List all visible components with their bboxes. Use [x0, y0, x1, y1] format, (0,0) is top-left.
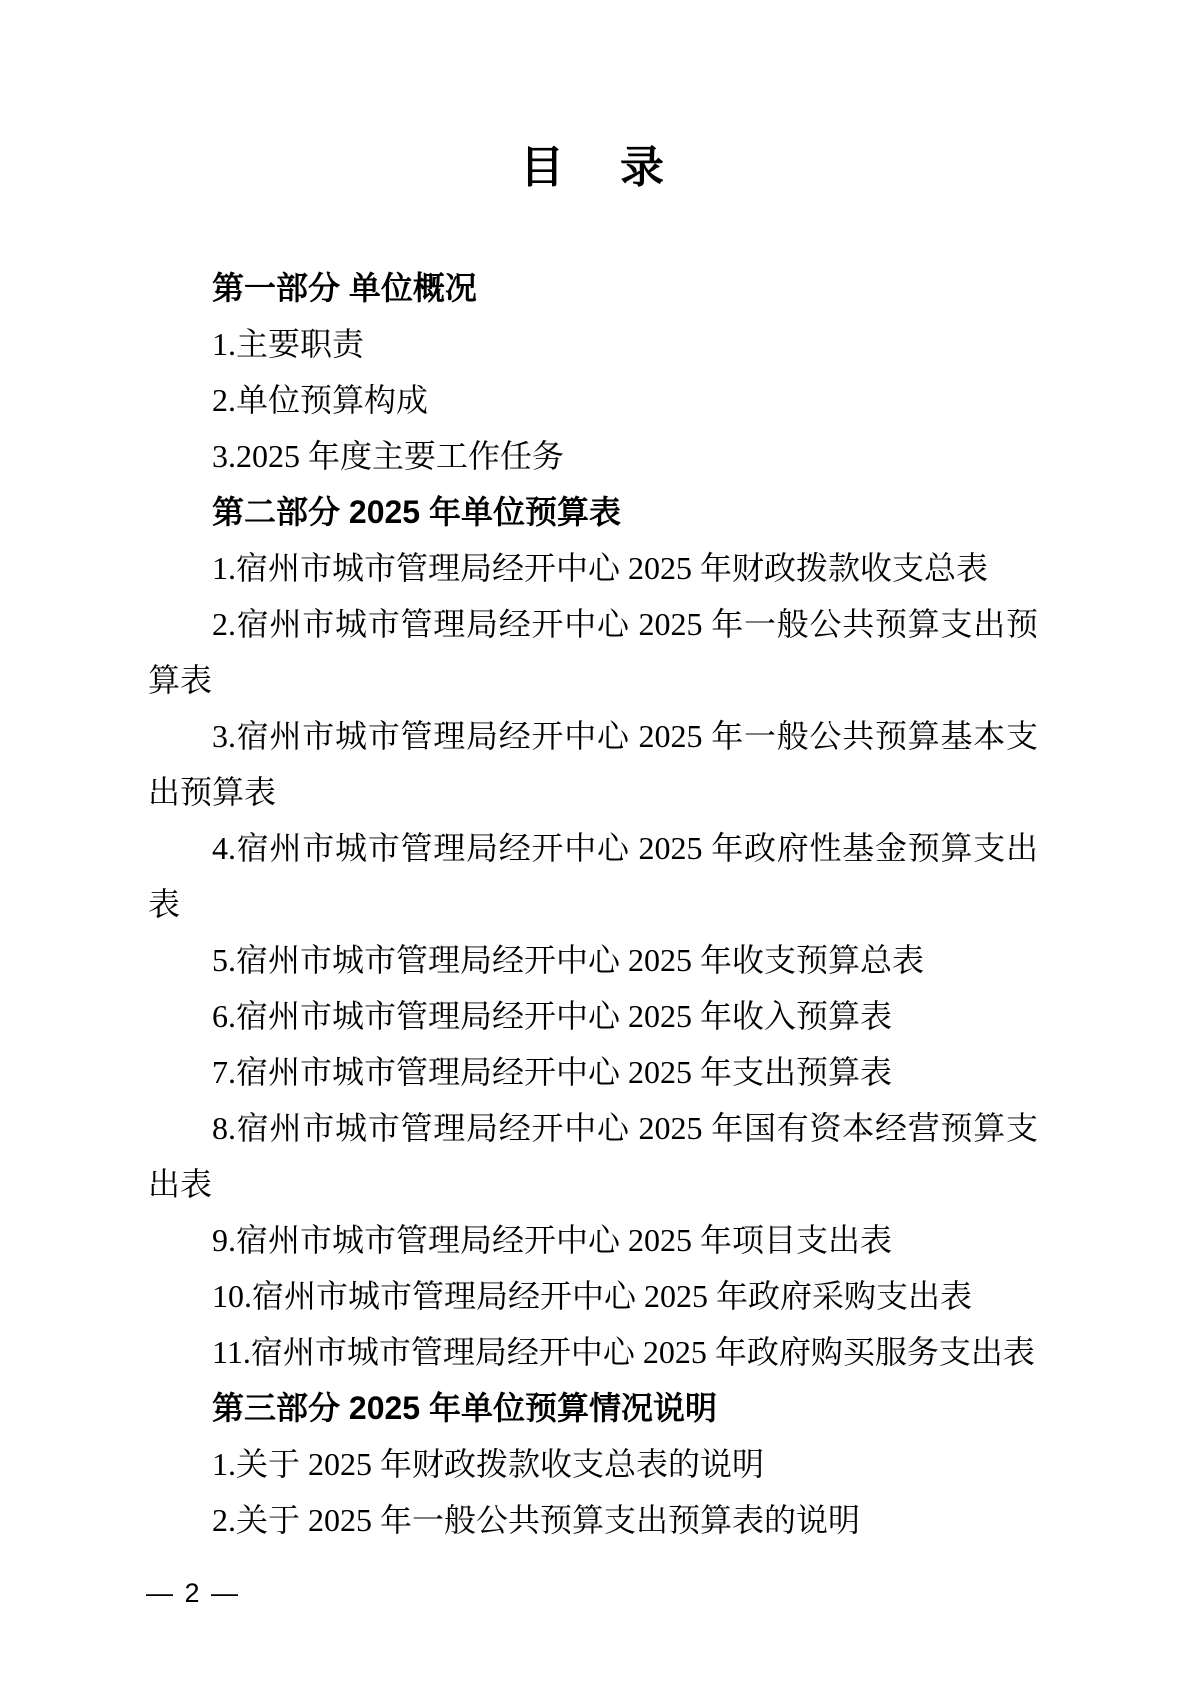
- toc-item: 7.宿州市城市管理局经开中心 2025 年支出预算表: [148, 1044, 1038, 1100]
- toc-item: 9.宿州市城市管理局经开中心 2025 年项目支出表: [148, 1212, 1038, 1268]
- toc-item: 4.宿州市城市管理局经开中心 2025 年政府性基金预算支出表: [148, 820, 1038, 932]
- toc-item: 3.宿州市城市管理局经开中心 2025 年一般公共预算基本支出预算表: [148, 708, 1038, 820]
- toc-item: 1.主要职责: [148, 316, 1038, 372]
- toc-item: 2.关于 2025 年一般公共预算支出预算表的说明: [148, 1492, 1038, 1548]
- page-number: — 2 —: [146, 1576, 240, 1610]
- toc-item: 3.2025 年度主要工作任务: [148, 428, 1038, 484]
- toc-item: 11.宿州市城市管理局经开中心 2025 年政府购买服务支出表: [148, 1324, 1038, 1380]
- toc-item: 8.宿州市城市管理局经开中心 2025 年国有资本经营预算支出表: [148, 1100, 1038, 1212]
- toc-item: 6.宿州市城市管理局经开中心 2025 年收入预算表: [148, 988, 1038, 1044]
- section-heading-part1: 第一部分 单位概况: [148, 260, 1038, 316]
- toc-title: 目 录: [0, 144, 1190, 192]
- toc-item: 10.宿州市城市管理局经开中心 2025 年政府采购支出表: [148, 1268, 1038, 1324]
- toc-item: 5.宿州市城市管理局经开中心 2025 年收支预算总表: [148, 932, 1038, 988]
- toc-item: 2.宿州市城市管理局经开中心 2025 年一般公共预算支出预算表: [148, 596, 1038, 708]
- toc-item: 2.单位预算构成: [148, 372, 1038, 428]
- document-page: 目 录 第一部分 单位概况 1.主要职责 2.单位预算构成 3.2025 年度主…: [0, 0, 1190, 1683]
- section-heading-part3: 第三部分 2025 年单位预算情况说明: [148, 1380, 1038, 1436]
- toc-item: 1.关于 2025 年财政拨款收支总表的说明: [148, 1436, 1038, 1492]
- toc-content: 第一部分 单位概况 1.主要职责 2.单位预算构成 3.2025 年度主要工作任…: [148, 260, 1038, 1548]
- toc-item: 1.宿州市城市管理局经开中心 2025 年财政拨款收支总表: [148, 540, 1038, 596]
- section-heading-part2: 第二部分 2025 年单位预算表: [148, 484, 1038, 540]
